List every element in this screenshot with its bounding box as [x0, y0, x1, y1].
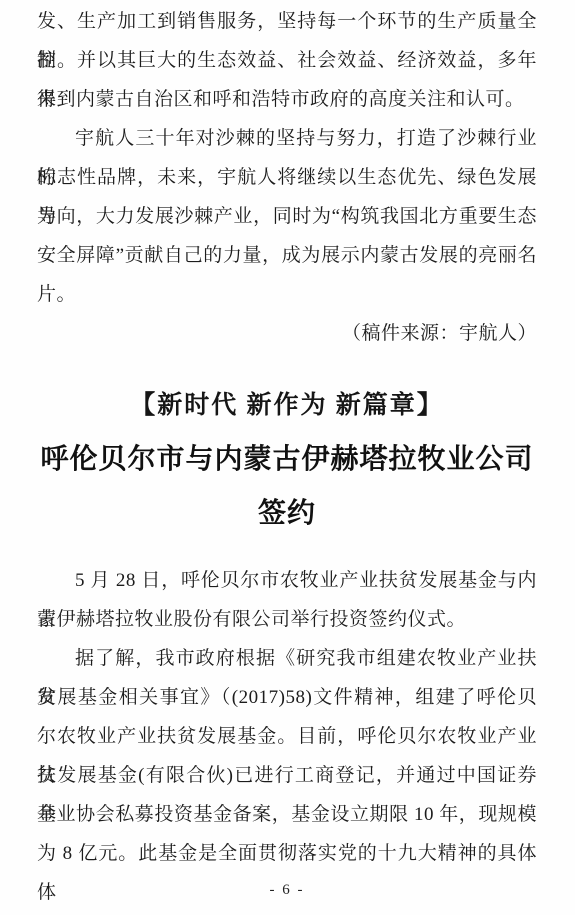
source-credit: （稿件来源：宇航人）	[37, 314, 537, 353]
article-signing-body: 5 月 28 日，呼伦贝尔市农牧业产业扶贫发展基金与内蒙 古伊赫塔拉牧业股份有限…	[37, 561, 537, 873]
article-yuhangren-section: 发、生产加工到销售服务，坚持每一个环节的生产质量全控 制。并以其巨大的生态效益、…	[37, 2, 537, 353]
paragraph-line: 古伊赫塔拉牧业股份有限公司举行投资签约仪式。	[37, 600, 537, 639]
page-number: - 6 -	[37, 881, 537, 899]
paragraph-line: 制。并以其巨大的生态效益、社会效益、经济效益，多年来	[37, 41, 537, 80]
paragraph-line: 发、生产加工到销售服务，坚持每一个环节的生产质量全控	[37, 2, 537, 41]
paragraph-line: 宇航人三十年对沙棘的坚持与努力，打造了沙棘行业的	[37, 119, 537, 158]
paragraph-line: 据了解，我市政府根据《研究我市组建农牧业产业扶贫	[37, 639, 537, 678]
section-bracket-heading: 【新时代 新作为 新篇章】	[37, 379, 537, 433]
paragraph-line: 金业协会私募投资基金备案，基金设立期限 10 年，现规模	[37, 795, 537, 834]
paragraph-line: 贫发展基金(有限合伙)已进行工商登记，并通过中国证券基	[37, 756, 537, 795]
paragraph-line: 得到内蒙古自治区和呼和浩特市政府的高度关注和认可。	[37, 80, 537, 119]
paragraph-line: 安全屏障”贡献自己的力量，成为展示内蒙古发展的亮丽名	[37, 236, 537, 275]
paragraph-line: 导向，大力发展沙棘产业，同时为“构筑我国北方重要生态	[37, 197, 537, 236]
paragraph-line: 片。	[37, 275, 537, 314]
paragraph-line: 标志性品牌，未来，宇航人将继续以生态优先、绿色发展为	[37, 158, 537, 197]
paragraph-line: 尔农牧业产业扶贫发展基金。目前，呼伦贝尔农牧业产业扶	[37, 717, 537, 756]
paragraph-line: 为 8 亿元。此基金是全面贯彻落实党的十九大精神的具体体	[37, 834, 537, 873]
article-signing-section: 【新时代 新作为 新篇章】 呼伦贝尔市与内蒙古伊赫塔拉牧业公司 签约 5 月 2…	[37, 353, 537, 873]
paragraph-line: 5 月 28 日，呼伦贝尔市农牧业产业扶贫发展基金与内蒙	[37, 561, 537, 600]
article-title-line2: 签约	[37, 487, 537, 541]
article-title-line1: 呼伦贝尔市与内蒙古伊赫塔拉牧业公司	[37, 433, 537, 487]
document-page: 发、生产加工到销售服务，坚持每一个环节的生产质量全控 制。并以其巨大的生态效益、…	[0, 0, 575, 915]
paragraph-line: 发展基金相关事宜》（(2017)58)文件精神，组建了呼伦贝	[37, 678, 537, 717]
